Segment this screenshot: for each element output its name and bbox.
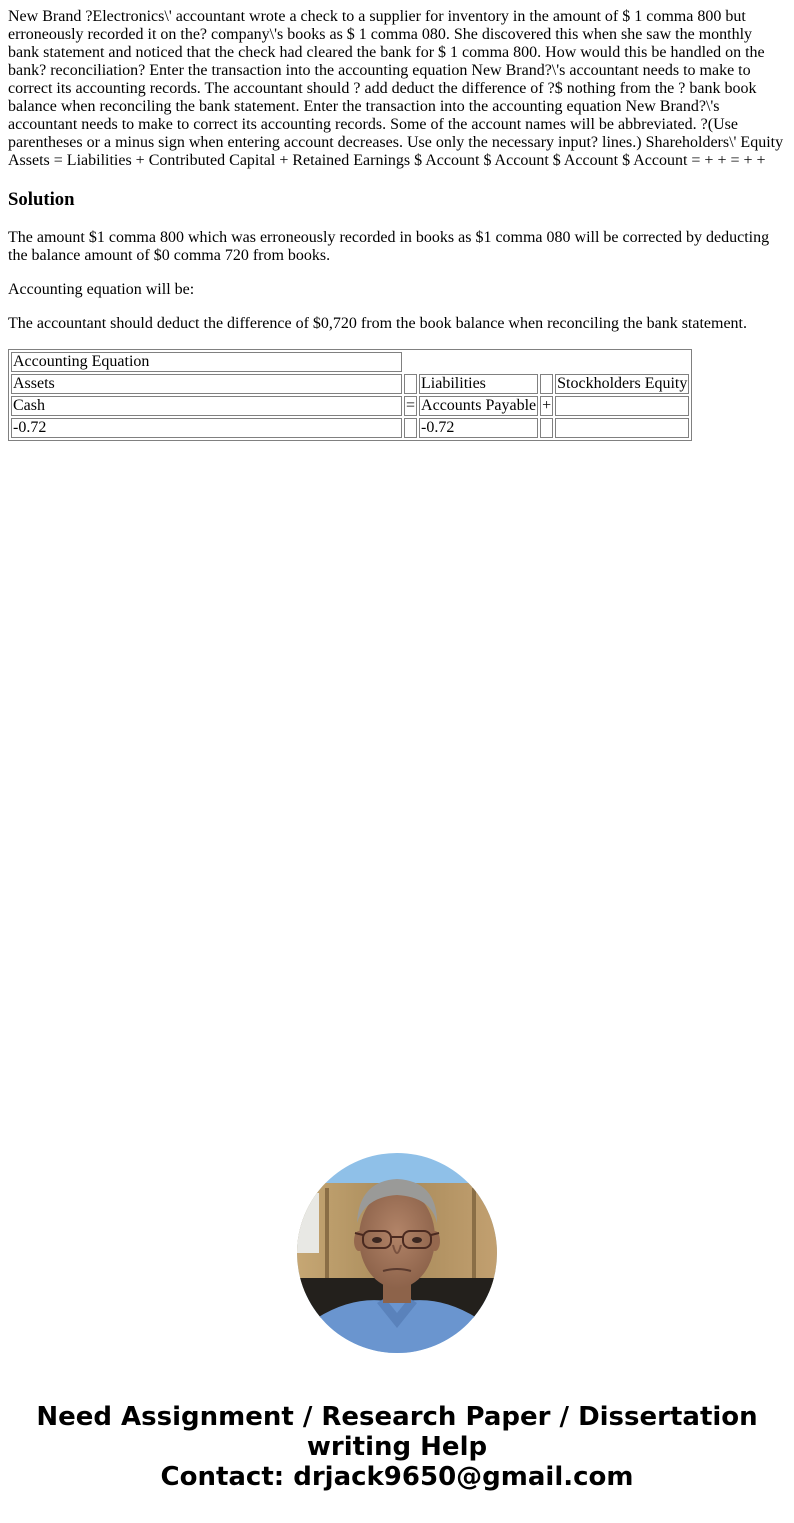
value-equity (555, 418, 689, 438)
header-liabilities: Liabilities (419, 374, 538, 394)
plus-operator: + (540, 396, 553, 416)
header-equity: Stockholders Equity (555, 374, 689, 394)
promo-line-2: writing Help (0, 1432, 794, 1462)
header-operator-2 (540, 374, 553, 394)
solution-paragraph-2: Accounting equation will be: (8, 281, 786, 299)
person-photo-avatar-icon (297, 1153, 497, 1353)
accounting-equation-table: Accounting Equation Assets Liabilities S… (8, 349, 692, 441)
table-title: Accounting Equation (11, 352, 402, 372)
table-title-row: Accounting Equation (11, 352, 689, 372)
value-liabilities: -0.72 (419, 418, 538, 438)
value-assets: -0.72 (11, 418, 402, 438)
promo-banner: Need Assignment / Research Paper / Disse… (0, 1402, 794, 1492)
solution-paragraph-3: The accountant should deduct the differe… (8, 315, 786, 333)
page-content: New Brand ?Electronics\' accountant wrot… (0, 0, 794, 441)
value-operator-1 (404, 418, 417, 438)
account-equity (555, 396, 689, 416)
table-row: Cash = Accounts Payable + (11, 396, 689, 416)
equals-operator: = (404, 396, 417, 416)
account-assets: Cash (11, 396, 402, 416)
solution-paragraph-1: The amount $1 comma 800 which was errone… (8, 229, 786, 265)
account-liabilities: Accounts Payable (419, 396, 538, 416)
header-assets: Assets (11, 374, 402, 394)
avatar (297, 1153, 497, 1353)
table-row: -0.72 -0.72 (11, 418, 689, 438)
promo-contact: Contact: drjack9650@gmail.com (0, 1462, 794, 1492)
table-header-row: Assets Liabilities Stockholders Equity (11, 374, 689, 394)
question-text: New Brand ?Electronics\' accountant wrot… (8, 8, 786, 170)
promo-line-1: Need Assignment / Research Paper / Disse… (0, 1402, 794, 1432)
value-operator-2 (540, 418, 553, 438)
solution-heading: Solution (8, 189, 786, 211)
title-spacer (404, 352, 689, 372)
header-operator-1 (404, 374, 417, 394)
